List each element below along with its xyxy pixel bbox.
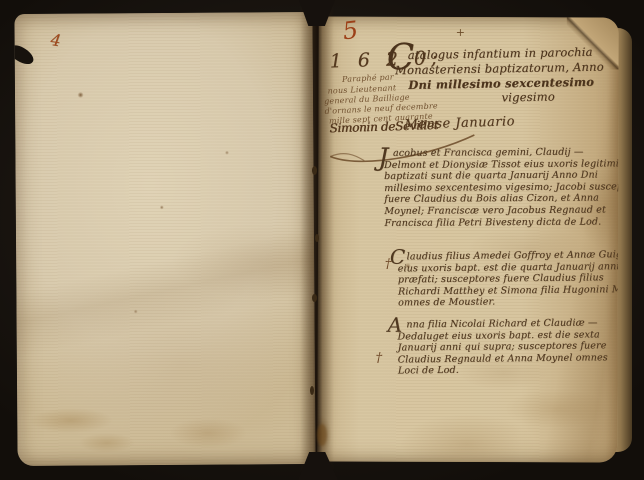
photograph-background: 4 5 + 1 6 2 0; C atalogus infantium in p… (0, 0, 644, 480)
paraph-note: Paraphé par nous Lieutenant general du B… (317, 16, 619, 462)
baptism-entry: nna filia Nicolai Richard et Claudiæ — D… (397, 317, 618, 378)
paraph-line: Paraphé par (342, 72, 394, 84)
margin-dagger-icon: † (376, 351, 383, 366)
left-page: 4 (14, 12, 315, 466)
binding-stitch (315, 234, 319, 242)
gutter-stain (317, 424, 327, 446)
baptism-entry: laudius filius Amedei Goffroy et Annæ Gu… (398, 249, 619, 310)
entry-line: Loci de Lod. (398, 363, 619, 377)
paper-stains (14, 12, 315, 466)
binding-stitch (312, 166, 317, 175)
baptism-entry: acobus et Francisca gemini, Claudij — De… (384, 146, 619, 229)
entry-line: Francisca filia Petri Bivesteny dicta de… (384, 216, 618, 229)
entry-line: omnes de Moustier. (398, 295, 619, 309)
right-page: 5 + 1 6 2 0; C atalogus infantium in par… (317, 16, 619, 462)
binding-stitch (312, 294, 317, 302)
entry-line: Moynel; Franciscæ vero Jacobus Regnaud e… (384, 204, 618, 217)
binding-stitch (310, 386, 314, 395)
